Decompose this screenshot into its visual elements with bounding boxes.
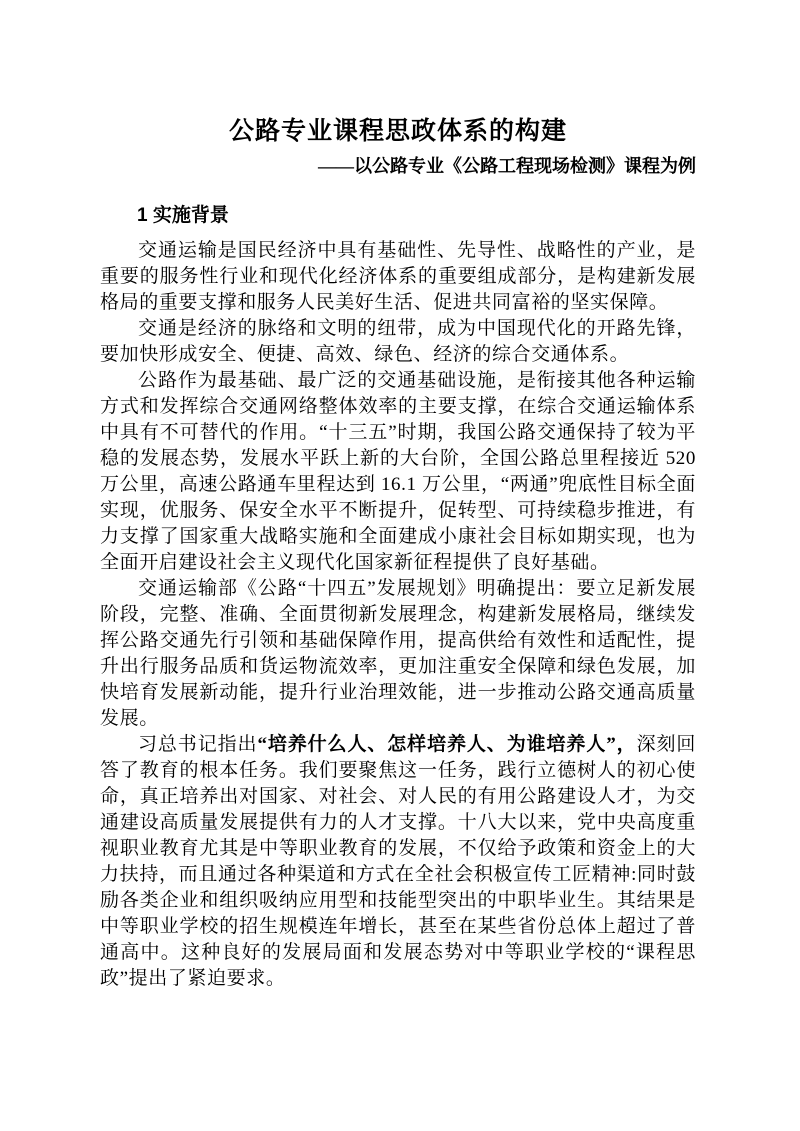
section-heading-background: 1 实施背景 — [100, 204, 696, 228]
document-subtitle: ——以公路专业《公路工程现场检测》课程为例 — [100, 154, 696, 178]
paragraph-education-task-suffix: 深刻回答了教育的根本任务。我们要聚焦这一任务，践行立德树人的初心使命，真正培养出… — [100, 734, 696, 989]
paragraph-transport-modernization: 交通是经济的脉络和文明的纽带，成为中国现代化的开路先锋，要加快形成安全、便捷、高… — [100, 316, 696, 368]
paragraph-education-task-emphasis: “培养什么人、怎样培养人、为谁培养人”， — [257, 734, 636, 755]
document-title: 公路专业课程思政体系的构建 — [100, 114, 696, 150]
paragraph-transport-industry: 交通运输是国民经济中具有基础性、先导性、战略性的产业，是重要的服务性行业和现代化… — [100, 238, 696, 316]
paragraph-highway-infrastructure: 公路作为最基础、最广泛的交通基础设施，是衔接其他各种运输方式和发挥综合交通网络整… — [100, 368, 696, 576]
document-body: 交通运输是国民经济中具有基础性、先导性、战略性的产业，是重要的服务性行业和现代化… — [100, 238, 696, 992]
paragraph-14th-five-year-plan: 交通运输部《公路“十四五”发展规划》明确提出：要立足新发展阶段，完整、准确、全面… — [100, 576, 696, 732]
paragraph-education-task: 习总书记指出“培养什么人、怎样培养人、为谁培养人”，深刻回答了教育的根本任务。我… — [100, 732, 696, 992]
paragraph-education-task-prefix: 习总书记指出 — [138, 734, 257, 755]
document-page: 公路专业课程思政体系的构建 ——以公路专业《公路工程现场检测》课程为例 1 实施… — [0, 0, 800, 1131]
